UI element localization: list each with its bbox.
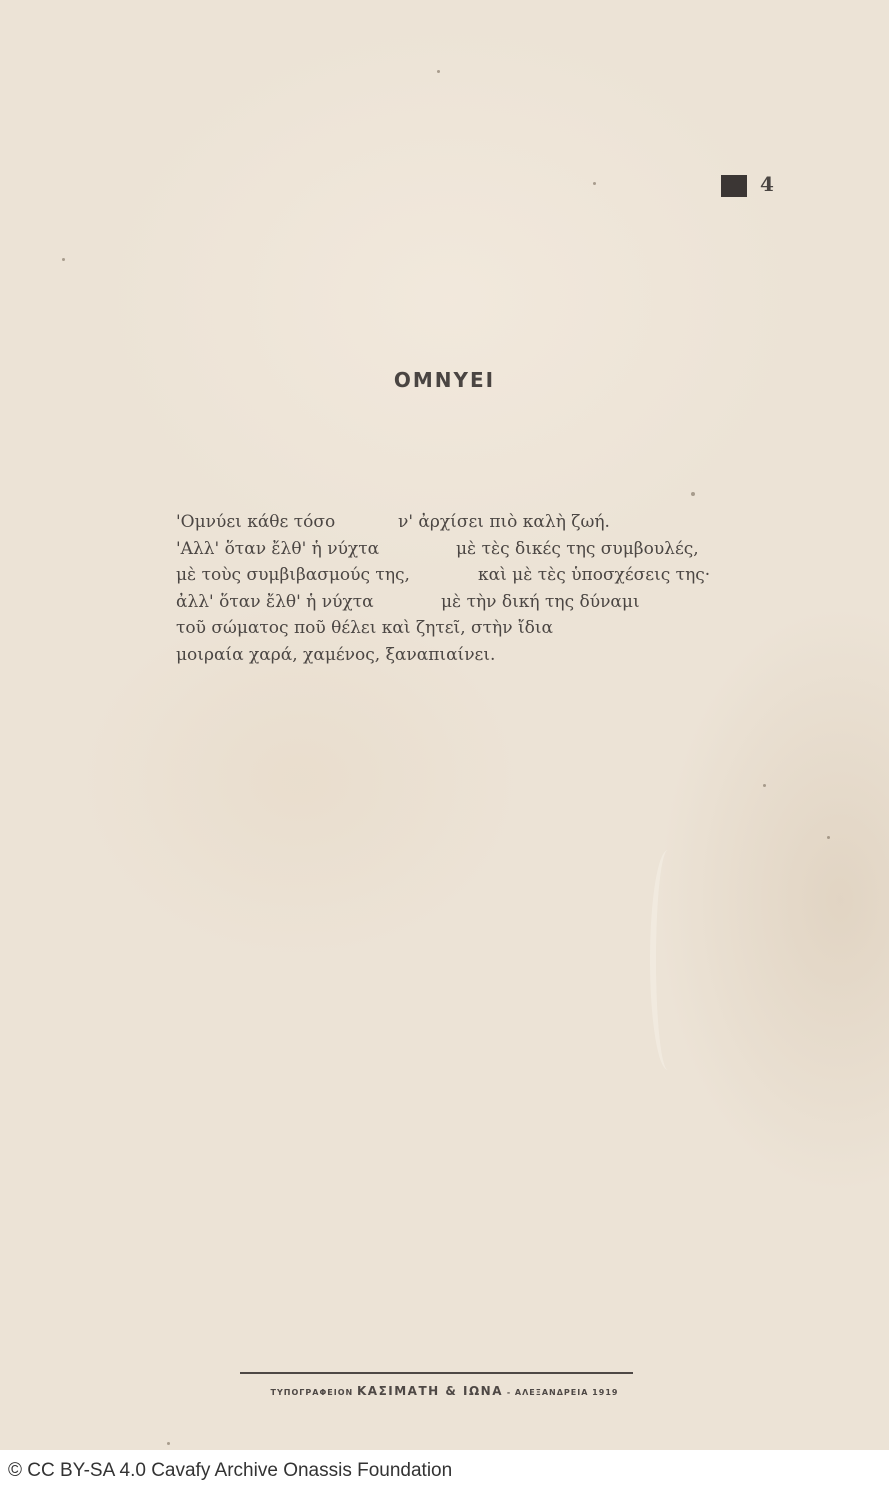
imprint-rule	[240, 1372, 633, 1374]
poem-line-right: μὲ τὲς δικές της συμβουλές,	[456, 539, 699, 559]
poem-line-1: 'Ομνύει κάθε τόσο ν' ἀρχίσει πιὸ καλὴ ζω…	[176, 512, 736, 539]
water-stain	[650, 850, 686, 1070]
poem-line-left: τοῦ σώματος ποῦ θέλει καὶ ζητεῖ, στὴν ἴδ…	[176, 618, 553, 638]
imprint-names: ΚΑΣΙΜΑΤΗ & ΙΩΝΑ	[357, 1384, 503, 1398]
poem-line-4: ἀλλ' ὅταν ἔλθ' ἡ νύχτα μὲ τὴν δική της δ…	[176, 592, 736, 619]
poem-line-left: μὲ τοὺς συμβιβασμούς της,	[176, 565, 410, 585]
poem-line-left: 'Ομνύει κάθε τόσο	[176, 512, 335, 532]
paper-speck	[167, 1442, 170, 1445]
poem-line-2: 'Αλλ' ὅταν ἔλθ' ἡ νύχτα μὲ τὲς δικές της…	[176, 539, 736, 566]
poem-line-5: τοῦ σώματος ποῦ θέλει καὶ ζητεῖ, στὴν ἴδ…	[176, 618, 736, 645]
scanned-page: 4 OMNYEI 'Ομνύει κάθε τόσο ν' ἀρχίσει πι…	[0, 0, 889, 1450]
page-marker-block	[721, 175, 747, 197]
poem-line-right: ν' ἀρχίσει πιὸ καλὴ ζωή.	[398, 512, 610, 532]
paper-speck	[437, 70, 440, 73]
license-credit: © CC BY-SA 4.0 Cavafy Archive Onassis Fo…	[8, 1460, 452, 1482]
poem-line-right: καὶ μὲ τὲς ὑποσχέσεις της·	[478, 565, 710, 585]
paper-speck	[593, 182, 596, 185]
poem-title: OMNYEI	[0, 368, 889, 392]
imprint-suffix: - ΑΛΕΞΑΝΔΡΕΙΑ 1919	[507, 1388, 619, 1397]
poem-line-left: μοιραία χαρά, χαμένος, ξαναπιαίνει.	[176, 645, 495, 665]
poem-body: 'Ομνύει κάθε τόσο ν' ἀρχίσει πιὸ καλὴ ζω…	[176, 512, 736, 671]
poem-line-left: 'Αλλ' ὅταν ἔλθ' ἡ νύχτα	[176, 539, 379, 559]
page-number: 4	[760, 172, 774, 196]
paper-speck	[62, 258, 65, 261]
poem-line-left: ἀλλ' ὅταν ἔλθ' ἡ νύχτα	[176, 592, 374, 612]
paper-speck	[763, 784, 766, 787]
paper-speck	[827, 836, 830, 839]
imprint-prefix: ΤΥΠΟΓΡΑΦΕΙΟΝ	[271, 1388, 354, 1397]
paper-speck	[691, 492, 695, 496]
poem-line-6: μοιραία χαρά, χαμένος, ξαναπιαίνει.	[176, 645, 736, 672]
poem-line-right: μὲ τὴν δική της δύναμι	[441, 592, 640, 612]
poem-line-3: μὲ τοὺς συμβιβασμούς της, καὶ μὲ τὲς ὑπο…	[176, 565, 736, 592]
printer-imprint: ΤΥΠΟΓΡΑΦΕΙΟΝ ΚΑΣΙΜΑΤΗ & ΙΩΝΑ - ΑΛΕΞΑΝΔΡΕ…	[0, 1384, 889, 1398]
